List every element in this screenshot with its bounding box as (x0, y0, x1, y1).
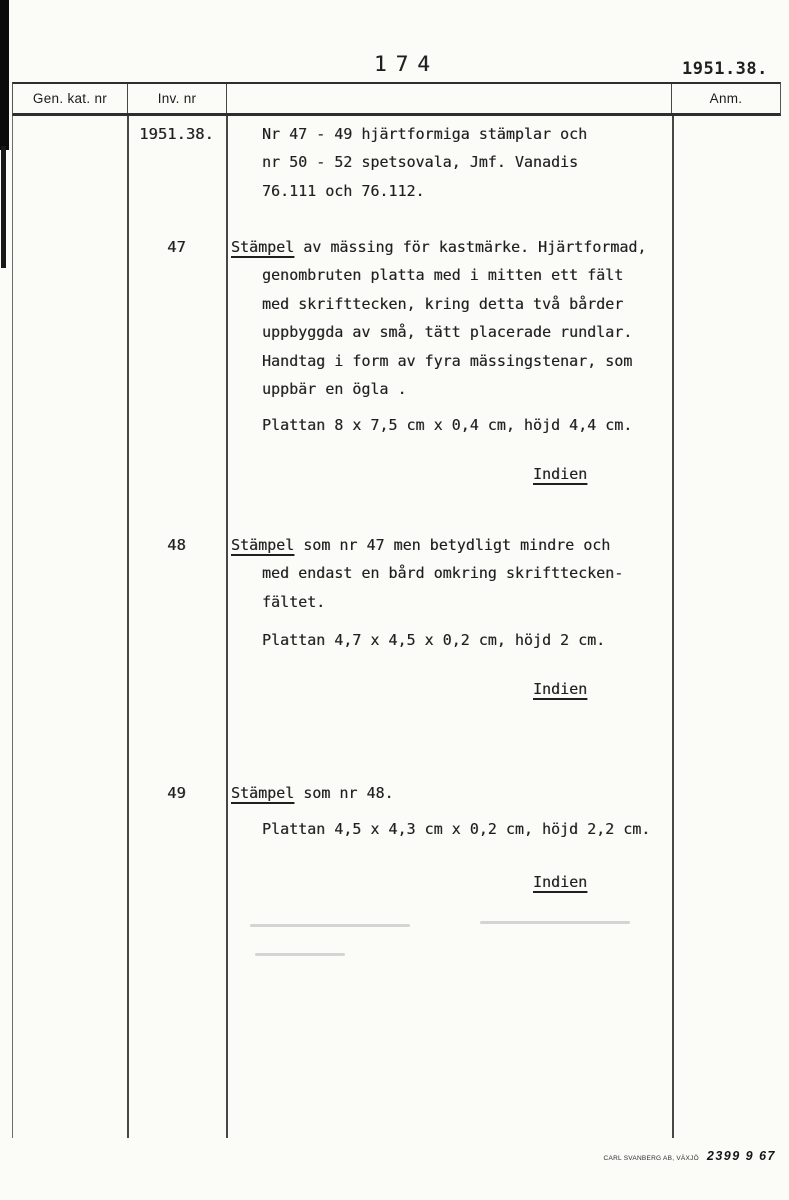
scan-speckle (250, 924, 410, 927)
origin-label: Indien (533, 460, 681, 488)
catalog-page: 174 1951.38. Gen. kat. nr Inv. nr Anm. 1… (0, 0, 789, 1200)
entry-description: Nr 47 - 49 hjärtformiga stämplar ochnr 5… (231, 120, 681, 205)
entry-description: Stämpel som nr 47 men betydligt mindre o… (231, 531, 681, 703)
entry-line: uppbär en ögla . (262, 375, 681, 403)
inventory-number: 49 (127, 779, 226, 807)
entry-line: nr 50 - 52 spetsovala, Jmf. Vanadis (262, 148, 681, 176)
lead-word: Stämpel (231, 784, 294, 802)
printer-code: 2399 9 67 (707, 1149, 776, 1163)
entry-line: Plattan 4,7 x 4,5 x 0,2 cm, höjd 2 cm. (262, 626, 681, 654)
inventory-number: 47 (127, 233, 226, 261)
entry-line: Handtag i form av fyra mässingstenar, so… (262, 347, 681, 375)
origin-text: Indien (533, 680, 587, 698)
entry-line: Stämpel som nr 48. (231, 779, 681, 807)
inventory-number: 48 (127, 531, 226, 559)
entry-description: Stämpel som nr 48.Plattan 4,5 x 4,3 cm x… (231, 779, 681, 896)
lead-word: Stämpel (231, 238, 294, 256)
entry-line: Plattan 8 x 7,5 cm x 0,4 cm, höjd 4,4 cm… (262, 411, 681, 439)
inventory-number: 1951.38. (127, 120, 226, 148)
origin-label: Indien (533, 868, 681, 896)
scan-speckle (480, 921, 630, 924)
entry-line: med endast en bård omkring skrifttecken- (262, 559, 681, 587)
entry-line: uppbyggda av små, tätt placerade rundlar… (262, 318, 681, 346)
entry-line: Stämpel som nr 47 men betydligt mindre o… (231, 531, 681, 559)
scan-speckle (255, 953, 345, 956)
entry-line: Nr 47 - 49 hjärtformiga stämplar och (262, 120, 681, 148)
entry-line: 76.111 och 76.112. (262, 177, 681, 205)
entry-line: genombruten platta med i mitten ett fält (262, 261, 681, 289)
printer-name: CARL SVANBERG AB, VÄXJÖ (604, 1155, 699, 1162)
lead-word: Stämpel (231, 536, 294, 554)
table-body: 1951.38.Nr 47 - 49 hjärtformiga stämplar… (0, 0, 789, 1200)
origin-text: Indien (533, 873, 587, 891)
origin-text: Indien (533, 465, 587, 483)
printer-imprint: CARL SVANBERG AB, VÄXJÖ 2399 9 67 (604, 1149, 776, 1163)
entry-line: Stämpel av mässing för kastmärke. Hjärtf… (231, 233, 681, 261)
origin-label: Indien (533, 675, 681, 703)
entry-line: fältet. (262, 588, 681, 616)
entry-line: med skrifttecken, kring detta två bårder (262, 290, 681, 318)
entry-line: Plattan 4,5 x 4,3 cm x 0,2 cm, höjd 2,2 … (262, 815, 681, 843)
entry-description: Stämpel av mässing för kastmärke. Hjärtf… (231, 233, 681, 488)
